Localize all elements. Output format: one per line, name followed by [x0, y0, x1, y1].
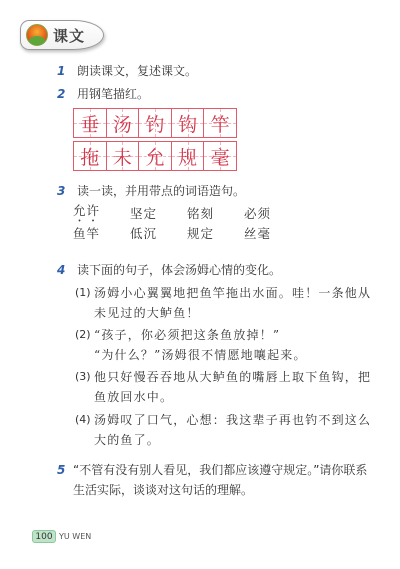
question-number: 1: [57, 64, 73, 78]
tracing-cell: 钓: [139, 109, 172, 137]
word: 丝毫: [244, 224, 301, 242]
question-text: 读一读，并用带点的词语造句。: [77, 184, 245, 198]
question-number: 5: [57, 460, 73, 480]
word: 低沉: [130, 224, 187, 242]
tracing-grid-row-2: 拖 未 允 规 毫: [73, 141, 237, 171]
question-number: 4: [57, 263, 73, 277]
word-row: 鱼竿 低沉 规定 丝毫: [73, 223, 301, 243]
item-index: (4): [75, 410, 91, 430]
question-text: 朗读课文，复述课文。: [77, 64, 197, 78]
item-text-line-2: “为什么？”汤姆很不情愿地嚷起来。: [75, 345, 375, 365]
sentence-item-2: (2) “孩子，你必须把这条鱼放掉！” “为什么？”汤姆很不情愿地嚷起来。: [75, 325, 375, 365]
page-number-badge: 100: [32, 530, 56, 543]
question-text: 读下面的句子，体会汤姆心情的变化。: [77, 263, 281, 277]
question-2: 2 用钢笔描红。: [57, 85, 149, 102]
item-text: “孩子，你必须把这条鱼放掉！”: [75, 325, 375, 345]
item-text: 汤姆叹了口气，心想：我这辈子再也钓不到这么大的鱼了。: [75, 410, 375, 450]
question-3: 3 读一读，并用带点的词语造句。: [57, 182, 245, 199]
question-number: 3: [57, 184, 73, 198]
tracing-cell: 钩: [172, 109, 205, 137]
section-header-badge: 课文: [20, 20, 104, 50]
item-text: 他只好慢吞吞地从大鲈鱼的嘴唇上取下鱼钩，把鱼放回水中。: [75, 367, 375, 407]
item-text: 汤姆小心翼翼地把鱼竿拖出水面。哇！一条他从未见过的大鲈鱼！: [75, 283, 375, 323]
tracing-cell: 汤: [107, 109, 140, 137]
sentence-item-4: (4) 汤姆叹了口气，心想：我这辈子再也钓不到这么大的鱼了。: [75, 410, 375, 450]
tracing-cell: 竿: [204, 109, 236, 137]
question-4: 4 读下面的句子，体会汤姆心情的变化。: [57, 261, 281, 278]
item-index: (2): [75, 325, 91, 345]
tracing-grid-row-1: 垂 汤 钓 钩 竿: [73, 108, 237, 138]
sentence-item-1: (1) 汤姆小心翼翼地把鱼竿拖出水面。哇！一条他从未见过的大鲈鱼！: [75, 283, 375, 323]
tracing-cell: 未: [107, 142, 140, 170]
tracing-cell: 允: [139, 142, 172, 170]
textbook-logo-icon: [26, 24, 48, 46]
word: 坚定: [130, 204, 187, 222]
question-text: “不管有没有别人看见，我们都应该遵守规定。”请你联系生活实际，谈谈对这句话的理解…: [57, 460, 377, 500]
tracing-cell: 拖: [74, 142, 107, 170]
word: 必须: [244, 204, 301, 222]
item-index: (3): [75, 367, 91, 387]
sentence-item-3: (3) 他只好慢吞吞地从大鲈鱼的嘴唇上取下鱼钩，把鱼放回水中。: [75, 367, 375, 407]
word: 规定: [187, 224, 244, 242]
dotted-word: 允许: [73, 201, 130, 225]
section-title: 课文: [53, 25, 85, 46]
question-5: 5 “不管有没有别人看见，我们都应该遵守规定。”请你联系生活实际，谈谈对这句话的…: [57, 460, 377, 500]
word-list: 允许 坚定 铭刻 必须 鱼竿 低沉 规定 丝毫: [73, 203, 301, 243]
page-footer: 100 YU WEN: [32, 530, 91, 543]
word: 铭刻: [187, 204, 244, 222]
question-text: 用钢笔描红。: [77, 87, 149, 101]
word: 鱼竿: [73, 224, 130, 242]
question-number: 2: [57, 87, 73, 101]
tracing-cell: 毫: [204, 142, 236, 170]
footer-label: YU WEN: [59, 532, 91, 541]
question-1: 1 朗读课文，复述课文。: [57, 62, 197, 79]
tracing-cell: 规: [172, 142, 205, 170]
item-index: (1): [75, 283, 91, 303]
tracing-cell: 垂: [74, 109, 107, 137]
word-row: 允许 坚定 铭刻 必须: [73, 203, 301, 223]
